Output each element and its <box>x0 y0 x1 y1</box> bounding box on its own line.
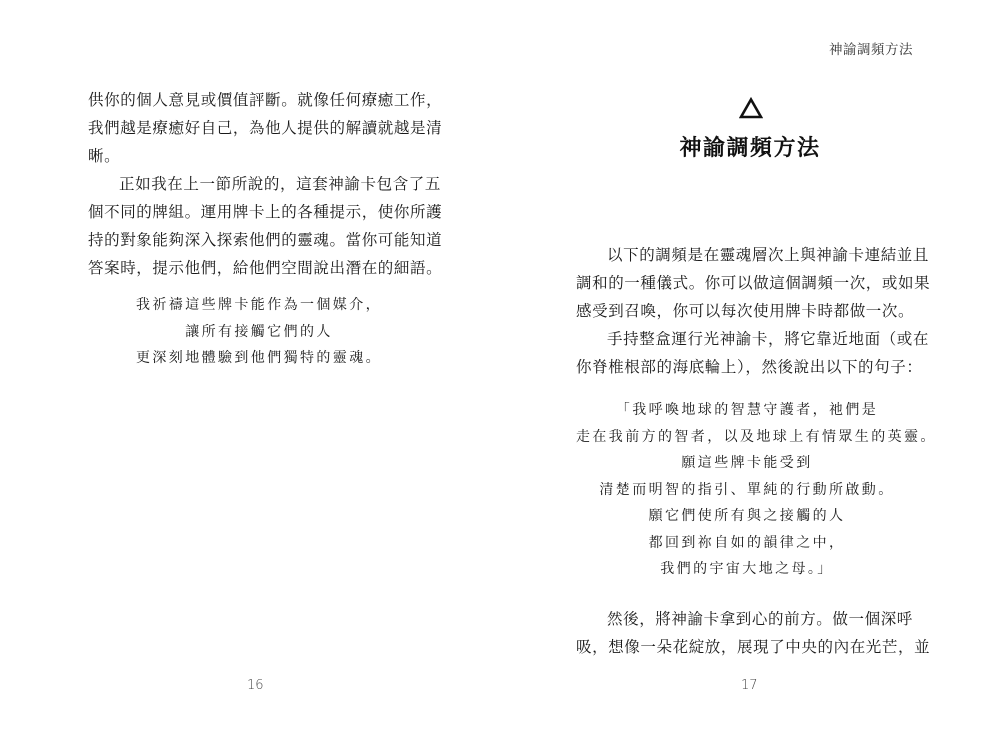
invocation-verse: 「我呼喚地球的智慧守護者，祂們是 走在我前方的智者，以及地球上有情眾生的英靈。 … <box>576 397 918 583</box>
text-line: 你脊椎根部的海底輪上），然後說出以下的句子： <box>576 353 930 381</box>
triangle-icon <box>739 97 763 119</box>
text-line: 感受到召喚，你可以每次使用牌卡時都做一次。 <box>576 297 930 325</box>
text-line: 正如我在上一節所說的，這套神諭卡包含了五 <box>88 170 442 198</box>
verse-line: 清楚而明智的指引、單純的行動所啟動。 <box>576 477 918 504</box>
text-line: 持的對象能夠深入探索他們的靈魂。當你可能知道 <box>88 226 442 254</box>
verse-line: 「我呼喚地球的智慧守護者，祂們是 <box>576 397 918 424</box>
text-line: 以下的調頻是在靈魂層次上與神諭卡連結並且 <box>576 241 930 269</box>
verse-line: 我祈禱這些牌卡能作為一個媒介， <box>88 292 430 319</box>
verse-line: 願它們使所有與之接觸的人 <box>576 503 918 530</box>
left-verse: 我祈禱這些牌卡能作為一個媒介， 讓所有接觸它們的人 更深刻地體驗到他們獨特的靈魂… <box>88 292 430 372</box>
text-line: 調和的一種儀式。你可以做這個調頻一次，或如果 <box>576 269 930 297</box>
right-page: 神諭調頻方法 神諭調頻方法 以下的調頻是在靈魂層次上與神諭卡連結並且 調和的一種… <box>500 0 1000 735</box>
chapter-title: 神諭調頻方法 <box>500 131 1000 162</box>
verse-line: 都回到祢自如的韻律之中， <box>576 530 918 557</box>
verse-line: 我們的宇宙大地之母。」 <box>576 556 918 583</box>
text-line: 然後，將神諭卡拿到心的前方。做一個深呼 <box>576 605 930 633</box>
running-head: 神諭調頻方法 <box>829 38 913 58</box>
text-line: 我們越是療癒好自己，為他人提供的解讀就越是清 <box>88 114 442 142</box>
text-line: 晰。 <box>88 142 442 170</box>
page-number-right: 17 <box>741 678 758 693</box>
text-line: 個不同的牌組。運用牌卡上的各種提示，使你所護 <box>88 198 442 226</box>
text-line: 手持整盒運行光神諭卡，將它靠近地面（或在 <box>576 325 930 353</box>
verse-line: 願這些牌卡能受到 <box>576 450 918 477</box>
right-body-text-top: 以下的調頻是在靈魂層次上與神諭卡連結並且 調和的一種儀式。你可以做這個調頻一次，… <box>576 241 930 381</box>
verse-line: 讓所有接觸它們的人 <box>88 319 430 346</box>
verse-line: 走在我前方的智者，以及地球上有情眾生的英靈。 <box>576 424 918 451</box>
page-number-left: 16 <box>247 678 264 693</box>
text-line: 吸，想像一朵花綻放，展現了中央的內在光芒，並 <box>576 633 930 661</box>
text-line: 供你的個人意見或價值評斷。就像任何療癒工作， <box>88 86 442 114</box>
text-line: 答案時，提示他們，給他們空間說出潛在的細語。 <box>88 254 442 282</box>
right-body-text-bottom: 然後，將神諭卡拿到心的前方。做一個深呼 吸，想像一朵花綻放，展現了中央的內在光芒… <box>576 605 930 661</box>
verse-line: 更深刻地體驗到他們獨特的靈魂。 <box>88 345 430 372</box>
left-page: 供你的個人意見或價值評斷。就像任何療癒工作， 我們越是療癒好自己，為他人提供的解… <box>0 0 500 735</box>
left-body-text: 供你的個人意見或價值評斷。就像任何療癒工作， 我們越是療癒好自己，為他人提供的解… <box>88 86 442 282</box>
